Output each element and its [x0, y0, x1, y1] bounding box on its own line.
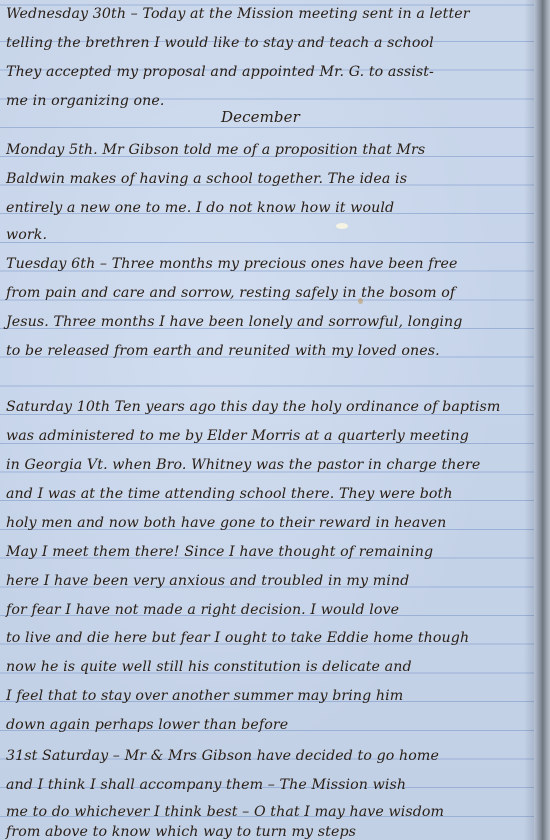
- entry-sat-10-line-4: and I was at the time attending school t…: [6, 480, 453, 508]
- entry-mon-5-line-3: entirely a new one to me. I do not know …: [6, 194, 394, 222]
- entry-wed-30-line-2: telling the brethren I would like to sta…: [6, 29, 434, 57]
- entry-tue-6-line-3: Jesus. Three months I have been lonely a…: [6, 308, 462, 336]
- entry-wed-30-line-1: Wednesday 30th – Today at the Mission me…: [6, 0, 526, 28]
- entry-mon-5-line-4: work.: [6, 221, 47, 249]
- entry-sat-10-line-3: in Georgia Vt. when Bro. Whitney was the…: [6, 451, 480, 479]
- entry-sat-10-line-7: here I have been very anxious and troubl…: [6, 567, 409, 595]
- entry-wed-30-line-4: me in organizing one.: [6, 87, 165, 115]
- entry-tue-6-line-1: Tuesday 6th – Three months my precious o…: [6, 250, 458, 278]
- entry-sat-31-line-1: 31st Saturday – Mr & Mrs Gibson have dec…: [6, 742, 439, 770]
- entry-sat-10-line-2: was administered to me by Elder Morris a…: [6, 422, 469, 450]
- entry-wed-30-line-3: They accepted my proposal and appointed …: [6, 58, 434, 86]
- entry-sat-10-line-12: down again perhaps lower than before: [6, 711, 288, 739]
- gutter-shadow: [524, 0, 534, 840]
- entry-sat-10-line-5: holy men and now both have gone to their…: [6, 509, 446, 537]
- entry-sat-10-line-6: May I meet them there! Since I have thou…: [6, 538, 433, 566]
- entry-tue-6-line-4: to be released from earth and reunited w…: [6, 337, 440, 365]
- entry-tue-6-line-2: from pain and care and sorrow, resting s…: [6, 279, 455, 307]
- paper-stain: [336, 223, 348, 229]
- diary-page: Wednesday 30th – Today at the Mission me…: [0, 0, 550, 840]
- entry-sat-10-line-9: to live and die here but fear I ought to…: [6, 624, 469, 652]
- entry-mon-5-line-1: Monday 5th. Mr Gibson told me of a propo…: [6, 136, 425, 164]
- book-binding: [534, 0, 550, 840]
- entry-sat-31-line-2: and I think I shall accompany them – The…: [6, 771, 406, 799]
- entry-sat-10-line-1: Saturday 10th Ten years ago this day the…: [6, 393, 500, 421]
- entry-sat-10-line-8: for fear I have not made a right decisio…: [6, 596, 399, 624]
- month-heading: December: [221, 108, 300, 126]
- entry-mon-5-line-2: Baldwin makes of having a school togethe…: [6, 165, 407, 193]
- entry-sat-31-line-4: from above to know which way to turn my …: [6, 818, 356, 840]
- entry-sat-10-line-11: I feel that to stay over another summer …: [6, 682, 403, 710]
- entry-sat-10-line-10: now he is quite well still his constitut…: [6, 653, 412, 681]
